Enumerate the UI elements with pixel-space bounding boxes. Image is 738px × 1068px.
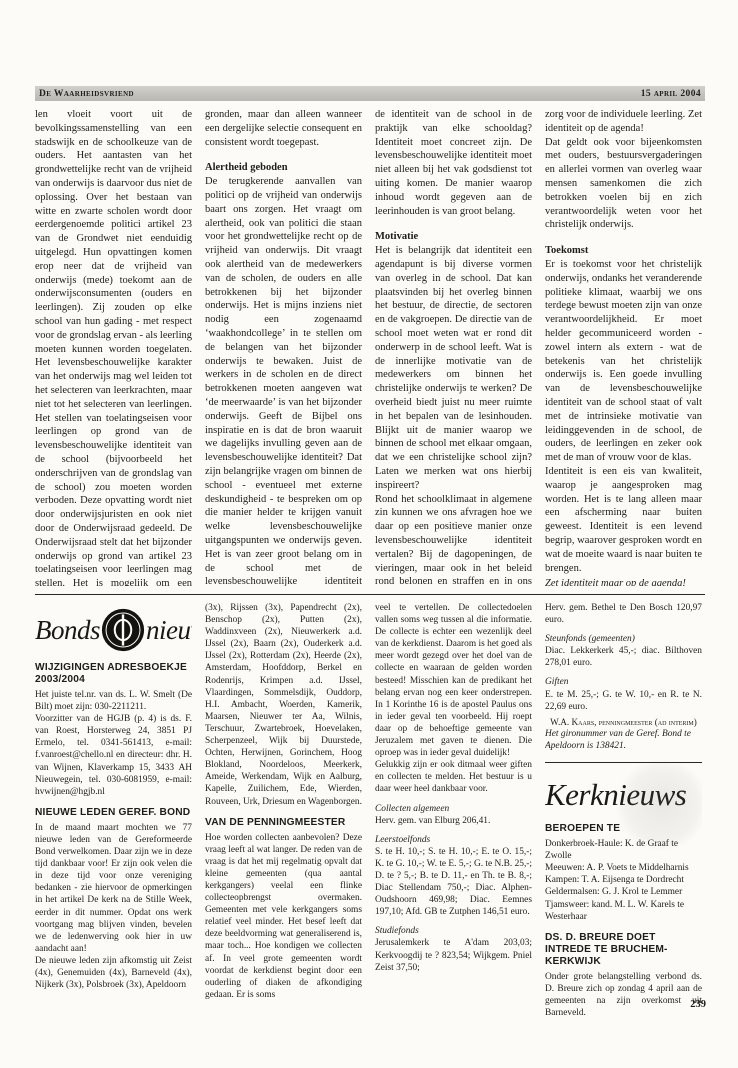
page-content: len vloeit voort uit de bevolkingssamens… [35,108,705,1016]
paragraph: Tjamsweer: kand. M. L. W. Karels te West… [545,899,702,923]
subheading: Motivatie [375,230,532,244]
kerknieuws-title-text: Kerknieuws [545,777,686,812]
paragraph: len vloeit voort uit de bevolkingssamens… [35,108,192,586]
news-section: Bonds nieuws WIJZIGINGEN ADRESBOEKJE 200… [35,602,705,1016]
paragraph: E. te M. 25,-; G. te W. 10,- en R. te N.… [545,689,702,713]
section-heading: NIEUWE LEDEN GEREF. BOND [35,807,192,819]
bondsnieuws-title-right: nieuws [146,615,192,646]
paragraph: Donkerbroek-Haule: K. de Graaf te Zwolle [545,838,702,862]
fund-subheading: Collecten algemeen [375,803,532,815]
article-column-2: gronden, maar dan alleen wanneer een der… [205,108,362,586]
paragraph: (3x), Rijssen (3x), Papendrecht (2x), Be… [205,602,362,808]
paragraph: Onder grote belangstelling verbond ds. D… [545,971,702,1016]
bondsnieuws-column-2: (3x), Rijssen (3x), Papendrecht (2x), Be… [205,602,362,1016]
paragraph: Dat geldt ook voor bijeenkomsten met oud… [545,136,702,233]
paragraph: De nieuwe leden zijn afkomstig uit Zeist… [35,955,192,991]
gereformeerde-bond-logo-icon [101,608,145,652]
section-heading: DS. D. BREURE DOET INTREDE TE BRUCHEM-KE… [545,932,702,968]
kerknieuws-divider-rule [545,762,702,763]
article-column-4: zorg voor de individuele leerling. Zet i… [545,108,702,586]
paragraph: Hoe worden collecten aanbevolen? Deze vr… [205,832,362,1001]
article-column-3: de identiteit van de school in de prakti… [375,108,532,586]
paragraph: De terugkerende aanvallen van politici o… [205,175,362,586]
subheading: Toekomst [545,244,702,258]
paragraph: zorg voor de individuele leerling. Zet i… [545,108,702,136]
article-column-1: len vloeit voort uit de bevolkingssamens… [35,108,192,586]
bondsnieuws-column-4: Herv. gem. Bethel te Den Bosch 120,97 eu… [545,602,702,1016]
paragraph: Geldermalsen: G. J. Krol te Lemmer [545,886,702,898]
section-heading: VAN DE PENNINGMEESTER [205,817,362,829]
bondsnieuws-column-3: veel te vertellen. De collectedoelen val… [375,602,532,1016]
paragraph: Kampen: T. A. Eijsenga te Dordrecht [545,874,702,886]
paragraph: Rond het schoolklimaat in algemene zin k… [375,493,532,586]
section-heading: WIJZIGINGEN ADRESBOEKJE 2003/2004 [35,662,192,686]
bondsnieuws-title-left: Bonds [35,615,100,646]
publication-title: De Waarheidsvriend [39,89,134,99]
paragraph: Jerusalemkerk te A'dam 203,03; Kerkvoogd… [375,937,532,973]
section-heading: BEROEPEN TE [545,823,702,835]
masthead-band: De Waarheidsvriend 15 april 2004 [35,86,705,101]
fund-subheading: Studiefonds [375,925,532,937]
page-number: 239 [690,999,706,1010]
magazine-page: De Waarheidsvriend 15 april 2004 len vlo… [0,0,738,1068]
paragraph: Meeuwen: A. P. Voets te Middelharnis [545,862,702,874]
paragraph: Gelukkig zijn er ook ditmaal weer giften… [375,759,532,795]
paragraph: gronden, maar dan alleen wanneer een der… [205,108,362,149]
issue-date: 15 april 2004 [641,89,701,99]
paragraph: Voorzitter van de HGJB (p. 4) is ds. F. … [35,713,192,798]
italic-note: Zet identiteit maar op de agenda! [545,577,702,586]
signature: W.A. Kaars, penningmeester (ad interim) [545,716,702,728]
paragraph: Er is toekomst voor het christelijk onde… [545,258,702,465]
fund-subheading: Leerstoelfonds [375,834,532,846]
paragraph: S. te H. 10,-; S. te H. 10,-; E. te O. 1… [375,846,532,919]
paragraph: Diac. Lekkerkerk 45,-; diac. Bilthoven 2… [545,645,702,669]
bondsnieuws-column-1-blocks: WIJZIGINGEN ADRESBOEKJE 2003/2004Het jui… [35,662,192,991]
subheading: Alertheid geboden [205,161,362,175]
kerknieuws-title: Kerknieuws [545,777,702,813]
fund-subheading: Giften [545,676,702,688]
fund-subheading: Steunfonds (gemeenten) [545,633,702,645]
paragraph: Herv. gem. Bethel te Den Bosch 120,97 eu… [545,602,702,626]
paragraph: In de maand maart mochten we 77 nieuwe l… [35,822,192,955]
bondsnieuws-column-1: Bonds nieuws WIJZIGINGEN ADRESBOEKJE 200… [35,602,192,1016]
italic-note: Het gironummer van de Geref. Bond te Ape… [545,728,702,752]
article-section: len vloeit voort uit de bevolkingssamens… [35,108,705,586]
bondsnieuws-title: Bonds nieuws [35,606,192,654]
paragraph: veel te vertellen. De collectedoelen val… [375,602,532,759]
paragraph: Het is belangrijk dat identiteit een age… [375,244,532,492]
paragraph: Herv. gem. van Elburg 206,41. [375,815,532,827]
kerknieuws-blocks: BEROEPEN TEDonkerbroek-Haule: K. de Graa… [545,823,702,1016]
paragraph: Het juiste tel.nr. van ds. L. W. Smelt (… [35,689,192,713]
paragraph: Identiteit is een eis van kwaliteit, waa… [545,465,702,575]
paragraph: de identiteit van de school in de prakti… [375,108,532,218]
bondsnieuws-column-4-blocks: Herv. gem. Bethel te Den Bosch 120,97 eu… [545,602,702,752]
section-divider-rule [35,594,705,595]
